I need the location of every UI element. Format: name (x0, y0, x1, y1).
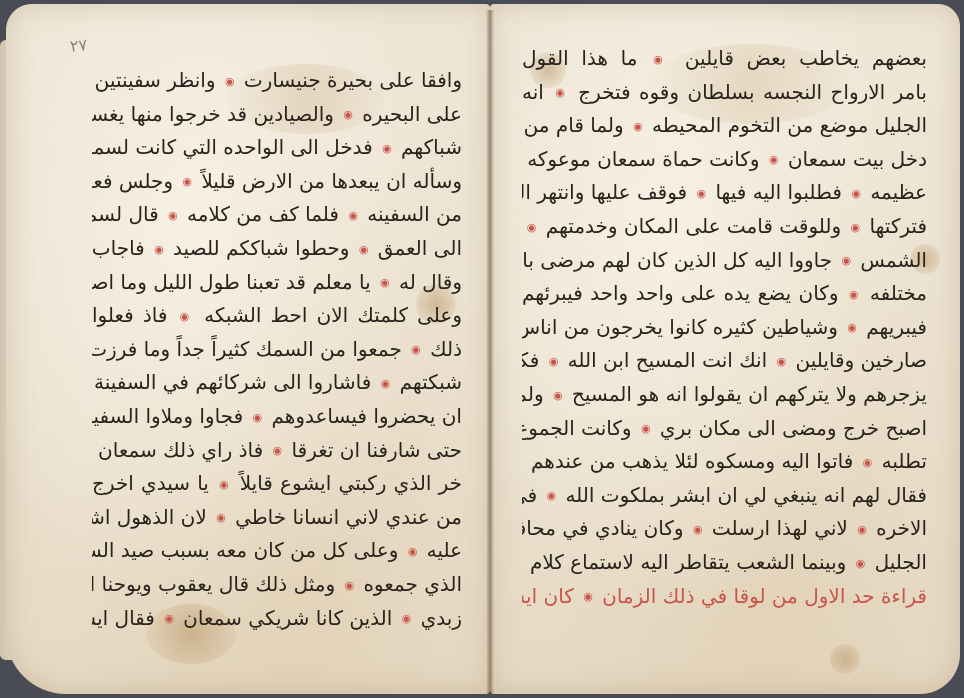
verse-stop-marker-icon: ◉ (641, 422, 651, 435)
text-line: الذي جمعوه ◉ ومثل ذلك قال يعقوب ويوحنا ا… (92, 568, 462, 602)
verse-stop-marker-icon: ◉ (273, 444, 283, 457)
verse-stop-marker-icon: ◉ (851, 187, 861, 200)
verse-stop-marker-icon: ◉ (848, 288, 860, 301)
verse-stop-marker-icon: ◉ (380, 276, 390, 289)
verse-stop-marker-icon: ◉ (344, 579, 354, 592)
verse-stop-marker-icon: ◉ (841, 254, 851, 267)
verse-stop-marker-icon: ◉ (857, 523, 867, 536)
verse-stop-marker-icon: ◉ (693, 523, 703, 536)
text-line: وافقا على بحيرة جنيسارت ◉ وانظر سفينتين … (92, 64, 462, 98)
text-line: مختلفه ◉ وكان يضع يده على واحد واحد فيبر… (522, 277, 927, 311)
text-line: خر الذي ركبتي ايشوع قايلاً ◉ يا سيدي اخر… (92, 467, 462, 501)
text-line: الشمس ◉ جاووا اليه كل الذين كان لهم مرضى… (522, 244, 927, 278)
verse-stop-marker-icon: ◉ (164, 612, 174, 625)
verse-stop-marker-icon: ◉ (253, 411, 263, 424)
text-line: حتى شارفنا ان تغرقا ◉ فاذ راي ذلك سمعان … (92, 434, 462, 468)
text-line: وسأله ان يبعدها من الارض قليلاً ◉ وجلس ف… (92, 165, 462, 199)
text-line: على البحيره ◉ والصيادين قد خرجوا منها يغ… (92, 98, 462, 132)
text-line: شباكهم ◉ فدخل الى الواحده التي كانت لسمع… (92, 131, 462, 165)
text-line: وعلى كلمتك الان احط الشبكه ◉ فاذ فعلوا (92, 299, 462, 333)
text-line: يزجرهم ولا يتركهم ان يقولوا انه هو المسي… (522, 378, 927, 412)
verse-stop-marker-icon: ◉ (546, 489, 556, 502)
verse-stop-marker-icon: ◉ (553, 389, 563, 402)
text-line: دخل بيت سمعان ◉ وكانت حماة سمعان موعوكه … (522, 143, 927, 177)
binding-gutter (486, 10, 494, 694)
verse-stop-marker-icon: ◉ (225, 75, 235, 88)
verse-stop-marker-icon: ◉ (218, 478, 229, 491)
text-line: ذلك ◉ جمعوا من السمك كثيراً جداً وما فرز… (92, 333, 462, 367)
text-line: صارخين وقايلين ◉ انك انت المسيح ابن الله… (522, 344, 927, 378)
verse-stop-marker-icon: ◉ (847, 321, 857, 334)
verse-stop-marker-icon: ◉ (154, 243, 164, 256)
water-stain (830, 644, 860, 674)
verse-stop-marker-icon: ◉ (348, 209, 358, 222)
open-manuscript: ٢٧ وافقا على بحيرة جنيسارت ◉ وانظر سفينت… (0, 0, 964, 698)
text-line: ان يحضروا فيساعدوهم ◉ فجاوا وملاوا السفي… (92, 400, 462, 434)
text-line: الى العمق ◉ وحطوا شباككم للصيد ◉ فاجاب س… (92, 232, 462, 266)
folio-number: ٢٧ (69, 35, 88, 56)
text-line: شبكتهم ◉ فاشاروا الى شركائهم في السفينة … (92, 366, 462, 400)
rubricated-line: قراءة حد الاول من لوقا في ذلك الزمان ◉ ك… (522, 580, 927, 614)
verse-stop-marker-icon: ◉ (647, 53, 669, 66)
text-line: الجليل موضع من التخوم المحيطه ◉ ولما قام… (522, 109, 927, 143)
verse-stop-marker-icon: ◉ (583, 590, 593, 603)
verse-stop-marker-icon: ◉ (168, 209, 178, 222)
verse-stop-marker-icon: ◉ (343, 108, 353, 121)
verse-stop-marker-icon: ◉ (402, 612, 412, 625)
verse-stop-marker-icon: ◉ (851, 221, 861, 234)
text-line: فيبريهم ◉ وشياطين كثيره كانوا يخرجون من … (522, 311, 927, 345)
text-line: عظيمه ◉ فطلبوا اليه فيها ◉ فوقف عليها وا… (522, 176, 927, 210)
text-line: عليه ◉ وعلى كل من كان معه بسبب صيد السمك (92, 534, 462, 568)
text-line: تطلبه ◉ فاتوا اليه ومسكوه لئلا يذهب من ع… (522, 445, 927, 479)
verse-stop-marker-icon: ◉ (553, 86, 567, 99)
verse-stop-marker-icon: ◉ (177, 310, 192, 323)
verse-stop-marker-icon: ◉ (549, 355, 559, 368)
text-line: اصبح خرج ومضى الى مكان بري ◉ وكانت الجمو… (522, 412, 927, 446)
verse-stop-marker-icon: ◉ (863, 456, 873, 469)
verse-stop-marker-icon: ◉ (359, 243, 369, 256)
text-line: بعضهم يخاطب بعض قايلين ◉ ما هذا القول (522, 42, 927, 76)
verse-stop-marker-icon: ◉ (182, 175, 192, 188)
verse-stop-marker-icon: ◉ (633, 120, 643, 133)
verse-stop-marker-icon: ◉ (408, 545, 418, 558)
verse-stop-marker-icon: ◉ (527, 221, 537, 234)
verse-stop-marker-icon: ◉ (216, 511, 226, 524)
text-line: وقال له ◉ يا معلم قد تعبنا طول الليل وما… (92, 266, 462, 300)
text-line: زبدي ◉ الذين كانا شريكي سمعان ◉ فقال ايش… (92, 602, 462, 636)
text-line: من السفينه ◉ فلما كف من كلامه ◉ قال لسمع… (92, 198, 462, 232)
text-line: فقال لهم انه ينبغي لي ان ابشر بملكوت الل… (522, 479, 927, 513)
text-line: فتركتها ◉ وللوقت قامت على المكان وخدمتهم… (522, 210, 927, 244)
verse-stop-marker-icon: ◉ (777, 355, 787, 368)
text-line: بامر الارواح النجسه بسلطان وقوه فتخرج ◉ … (522, 76, 927, 110)
verse-stop-marker-icon: ◉ (696, 187, 706, 200)
verse-stop-marker-icon: ◉ (769, 153, 779, 166)
verse-stop-marker-icon: ◉ (381, 377, 391, 390)
left-page-text: وافقا على بحيرة جنيسارت ◉ وانظر سفينتين … (92, 64, 462, 635)
verse-stop-marker-icon: ◉ (411, 343, 421, 356)
verse-stop-marker-icon: ◉ (856, 557, 866, 570)
text-line: من عندي لاني انسانا خاطي ◉ لان الذهول اش… (92, 501, 462, 535)
verse-stop-marker-icon: ◉ (382, 142, 392, 155)
text-line: الجليل ◉ وبينما الشعب يتقاطر اليه لاستما… (522, 546, 927, 580)
right-page-text: بعضهم يخاطب بعض قايلين ◉ ما هذا القول با… (522, 42, 927, 613)
text-line: الاخره ◉ لاني لهذا ارسلت ◉ وكان ينادي في… (522, 512, 927, 546)
